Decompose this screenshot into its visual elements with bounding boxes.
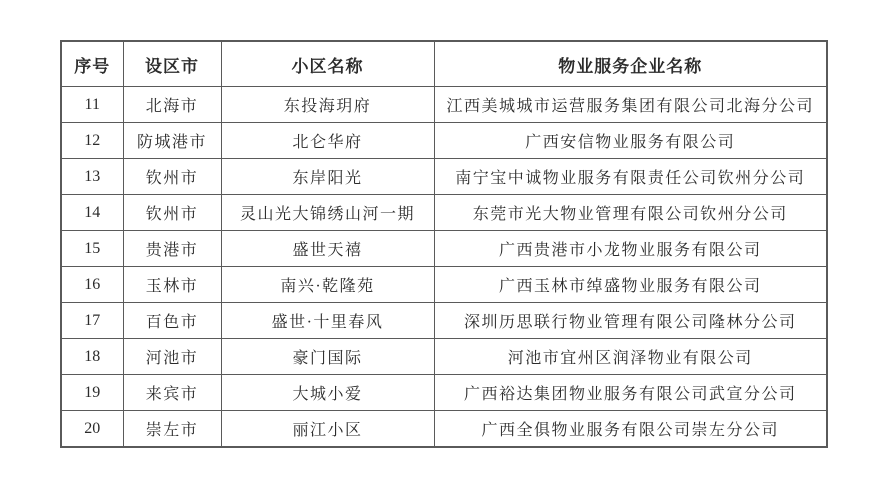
cell-community: 南兴·乾隆苑 bbox=[221, 267, 434, 303]
table-row: 11北海市东投海玥府江西美城城市运营服务集团有限公司北海分公司 bbox=[61, 87, 827, 123]
table-row: 12防城港市北仑华府广西安信物业服务有限公司 bbox=[61, 123, 827, 159]
table-row: 20崇左市丽江小区广西全俱物业服务有限公司崇左分公司 bbox=[61, 411, 827, 448]
cell-company: 深圳历思联行物业管理有限公司隆林分公司 bbox=[434, 303, 827, 339]
table-row: 15贵港市盛世天禧广西贵港市小龙物业服务有限公司 bbox=[61, 231, 827, 267]
document-page: 序号 设区市 小区名称 物业服务企业名称 11北海市东投海玥府江西美城城市运营服… bbox=[0, 0, 889, 500]
cell-company: 广西全俱物业服务有限公司崇左分公司 bbox=[434, 411, 827, 448]
cell-company: 广西贵港市小龙物业服务有限公司 bbox=[434, 231, 827, 267]
cell-company: 东莞市光大物业管理有限公司钦州分公司 bbox=[434, 195, 827, 231]
cell-company: 河池市宜州区润泽物业有限公司 bbox=[434, 339, 827, 375]
cell-city: 来宾市 bbox=[123, 375, 221, 411]
property-service-table: 序号 设区市 小区名称 物业服务企业名称 11北海市东投海玥府江西美城城市运营服… bbox=[60, 40, 828, 448]
cell-community: 东岸阳光 bbox=[221, 159, 434, 195]
table-row: 18河池市豪门国际河池市宜州区润泽物业有限公司 bbox=[61, 339, 827, 375]
cell-index: 14 bbox=[61, 195, 123, 231]
header-company: 物业服务企业名称 bbox=[434, 41, 827, 87]
cell-index: 19 bbox=[61, 375, 123, 411]
header-city: 设区市 bbox=[123, 41, 221, 87]
cell-city: 河池市 bbox=[123, 339, 221, 375]
cell-community: 豪门国际 bbox=[221, 339, 434, 375]
cell-index: 16 bbox=[61, 267, 123, 303]
header-row: 序号 设区市 小区名称 物业服务企业名称 bbox=[61, 41, 827, 87]
cell-company: 广西裕达集团物业服务有限公司武宣分公司 bbox=[434, 375, 827, 411]
cell-city: 百色市 bbox=[123, 303, 221, 339]
cell-company: 广西安信物业服务有限公司 bbox=[434, 123, 827, 159]
cell-community: 丽江小区 bbox=[221, 411, 434, 448]
cell-community: 东投海玥府 bbox=[221, 87, 434, 123]
cell-index: 18 bbox=[61, 339, 123, 375]
cell-index: 13 bbox=[61, 159, 123, 195]
table-row: 13钦州市东岸阳光南宁宝中诚物业服务有限责任公司钦州分公司 bbox=[61, 159, 827, 195]
cell-index: 15 bbox=[61, 231, 123, 267]
table-header: 序号 设区市 小区名称 物业服务企业名称 bbox=[61, 41, 827, 87]
cell-company: 南宁宝中诚物业服务有限责任公司钦州分公司 bbox=[434, 159, 827, 195]
cell-city: 钦州市 bbox=[123, 195, 221, 231]
cell-community: 盛世·十里春风 bbox=[221, 303, 434, 339]
cell-community: 盛世天禧 bbox=[221, 231, 434, 267]
cell-city: 玉林市 bbox=[123, 267, 221, 303]
header-community: 小区名称 bbox=[221, 41, 434, 87]
table-row: 17百色市盛世·十里春风深圳历思联行物业管理有限公司隆林分公司 bbox=[61, 303, 827, 339]
cell-company: 江西美城城市运营服务集团有限公司北海分公司 bbox=[434, 87, 827, 123]
cell-community: 灵山光大锦绣山河一期 bbox=[221, 195, 434, 231]
cell-city: 北海市 bbox=[123, 87, 221, 123]
cell-city: 贵港市 bbox=[123, 231, 221, 267]
table-row: 19来宾市大城小爱广西裕达集团物业服务有限公司武宣分公司 bbox=[61, 375, 827, 411]
header-index: 序号 bbox=[61, 41, 123, 87]
cell-city: 防城港市 bbox=[123, 123, 221, 159]
table-body: 11北海市东投海玥府江西美城城市运营服务集团有限公司北海分公司12防城港市北仑华… bbox=[61, 87, 827, 448]
table-row: 16玉林市南兴·乾隆苑广西玉林市绰盛物业服务有限公司 bbox=[61, 267, 827, 303]
cell-city: 钦州市 bbox=[123, 159, 221, 195]
cell-company: 广西玉林市绰盛物业服务有限公司 bbox=[434, 267, 827, 303]
cell-community: 大城小爱 bbox=[221, 375, 434, 411]
cell-index: 12 bbox=[61, 123, 123, 159]
cell-index: 20 bbox=[61, 411, 123, 448]
cell-city: 崇左市 bbox=[123, 411, 221, 448]
cell-community: 北仑华府 bbox=[221, 123, 434, 159]
cell-index: 11 bbox=[61, 87, 123, 123]
cell-index: 17 bbox=[61, 303, 123, 339]
table-row: 14钦州市灵山光大锦绣山河一期东莞市光大物业管理有限公司钦州分公司 bbox=[61, 195, 827, 231]
